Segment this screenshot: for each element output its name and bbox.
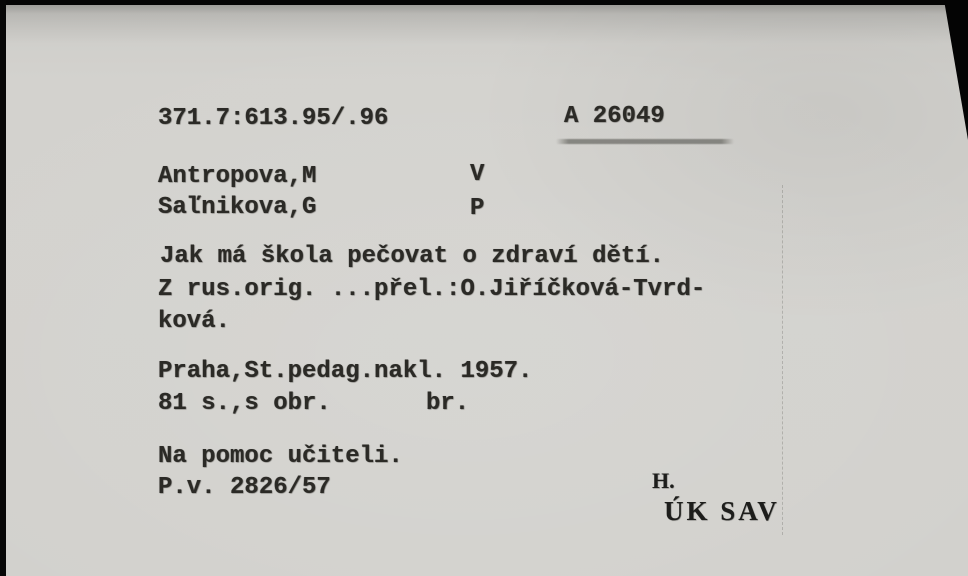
scan-edge-left (0, 0, 6, 576)
library-stamp: ÚK SAV (664, 496, 780, 527)
classification-number: 371.7:613.95/.96 (158, 107, 388, 131)
registration-number: P.v. 2826/57 (158, 476, 331, 500)
scan-edge-top (0, 0, 968, 5)
title-line: ková. (158, 310, 230, 334)
catalog-card-scan: 371.7:613.95/.96 A 26049 Antropova,M V S… (0, 0, 968, 576)
title-line: Z rus.orig. ...přel.:O.Jiříčková-Tvrd- (158, 278, 705, 302)
accession-number: A 26049 (564, 105, 665, 129)
card-surface: 371.7:613.95/.96 A 26049 Antropova,M V S… (0, 0, 968, 576)
author-name: Antropova,M (158, 165, 316, 189)
imprint-line: Praha,St.pedag.nakl. 1957. (158, 360, 532, 384)
series-note: Na pomoc učiteli. (158, 445, 403, 469)
author-mark: P (470, 197, 484, 221)
accession-underline (556, 139, 734, 144)
card-top-shadow (0, 0, 968, 44)
hand-mark: H. (652, 468, 675, 494)
author-mark: V (470, 163, 484, 187)
collation-line: 81 s.,s obr. (158, 392, 331, 416)
title-line: Jak má škola pečovat o zdraví dětí. (160, 245, 664, 269)
card-crease-line (782, 185, 783, 535)
author-name: Saľnikova,G (158, 196, 316, 220)
binding-note: br. (426, 392, 469, 416)
